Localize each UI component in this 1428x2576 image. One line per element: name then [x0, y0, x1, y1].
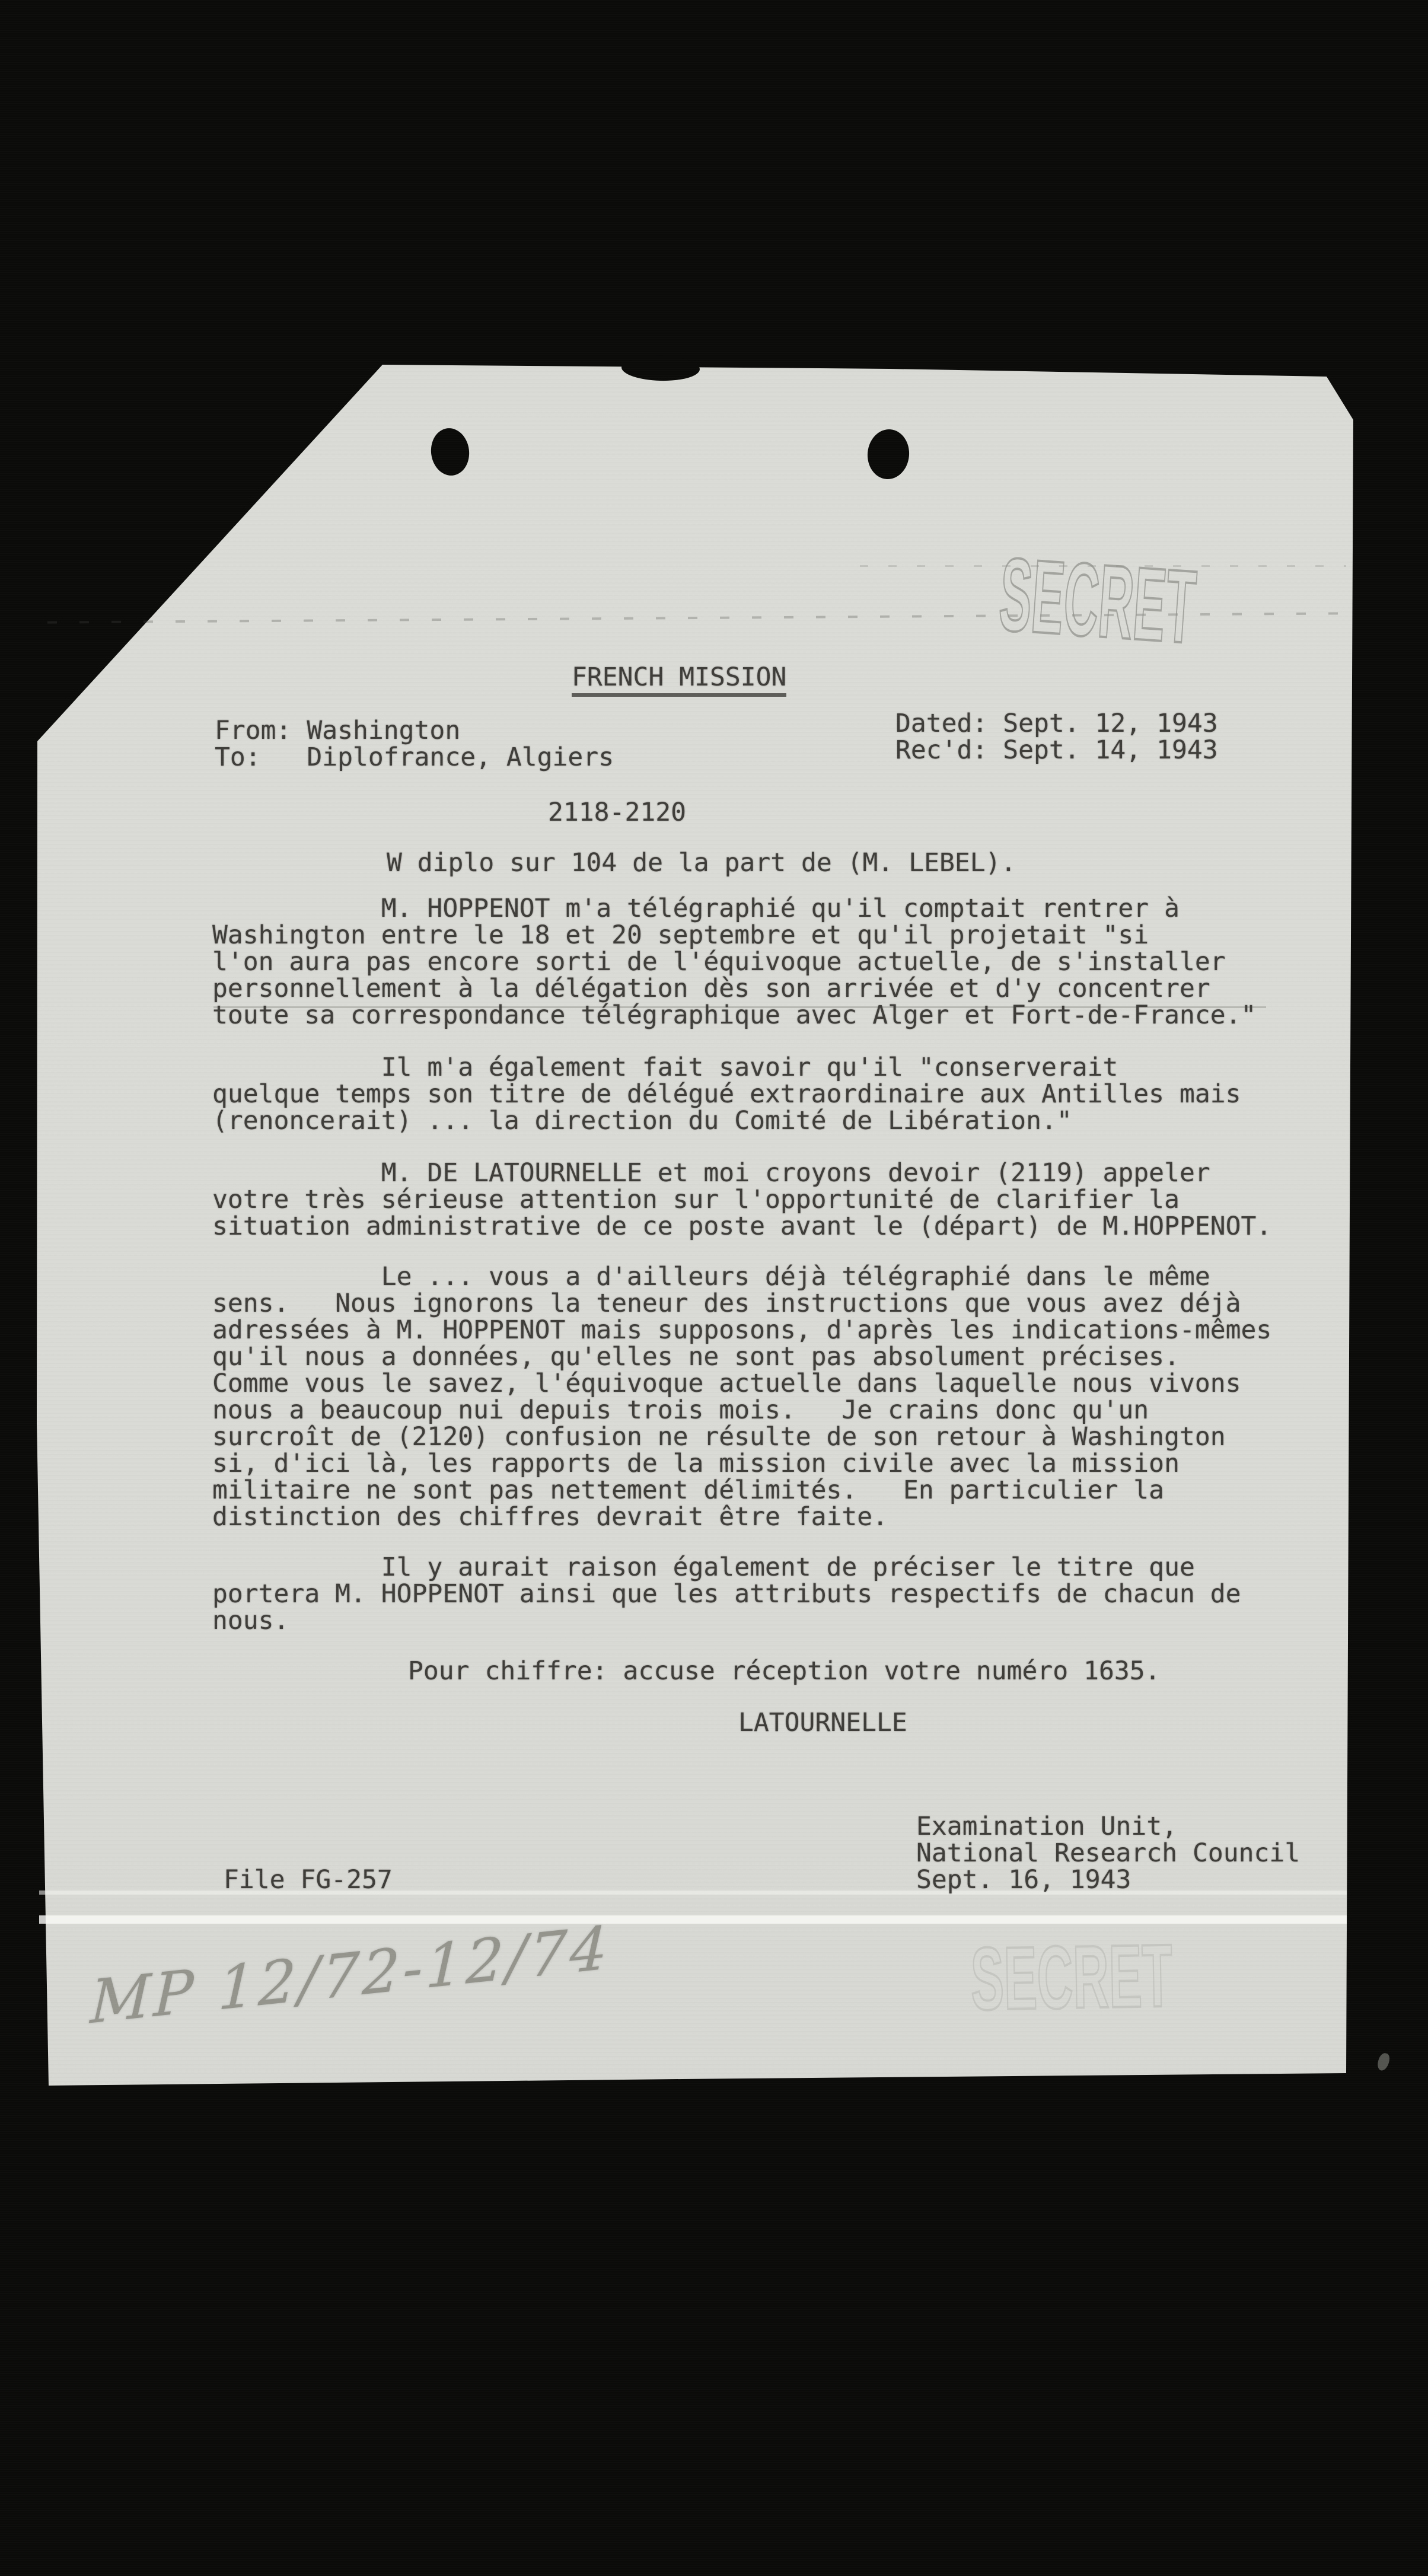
cipher-note: Pour chiffre: accuse réception votre num…	[408, 1658, 1161, 1685]
telegram-numbers: 2118-2120	[548, 799, 686, 826]
document-title: FRENCH MISSION	[572, 664, 786, 697]
signature: LATOURNELLE	[738, 1710, 907, 1736]
header-dates: Dated: Sept. 12, 1943 Rec'd: Sept. 14, 1…	[895, 710, 1218, 764]
paragraph-3: M. DE LATOURNELLE et moi croyons devoir …	[212, 1160, 1271, 1240]
reference-line: W diplo sur 104 de la part de (M. LEBEL)…	[387, 850, 1016, 876]
paragraph-5: Il y aurait raison également de préciser…	[212, 1554, 1241, 1634]
secret-stamp-top: SECRET	[968, 518, 1428, 703]
secret-stamp-bottom-text: SECRET	[970, 1925, 1173, 2029]
scanned-document-canvas: SECRET SECRET FRENCH MISSION From: Washi…	[0, 0, 1428, 2576]
paragraph-1: M. HOPPENOT m'a télégraphié qu'il compta…	[212, 895, 1256, 1029]
file-number: File FG-257	[224, 1867, 393, 1893]
paragraph-2: Il m'a également fait savoir qu'il "cons…	[212, 1054, 1241, 1134]
secret-stamp-bottom: SECRET	[948, 1912, 1258, 2048]
scan-artifact-speck	[1376, 2052, 1391, 2071]
examination-unit-block: Examination Unit, National Research Coun…	[916, 1813, 1300, 1893]
header-from-to: From: Washington To: Diplofrance, Algier…	[215, 718, 614, 771]
secret-stamp-top-text: SECRET	[996, 537, 1199, 666]
paragraph-4: Le ... vous a d'ailleurs déjà télégraphi…	[212, 1264, 1271, 1531]
